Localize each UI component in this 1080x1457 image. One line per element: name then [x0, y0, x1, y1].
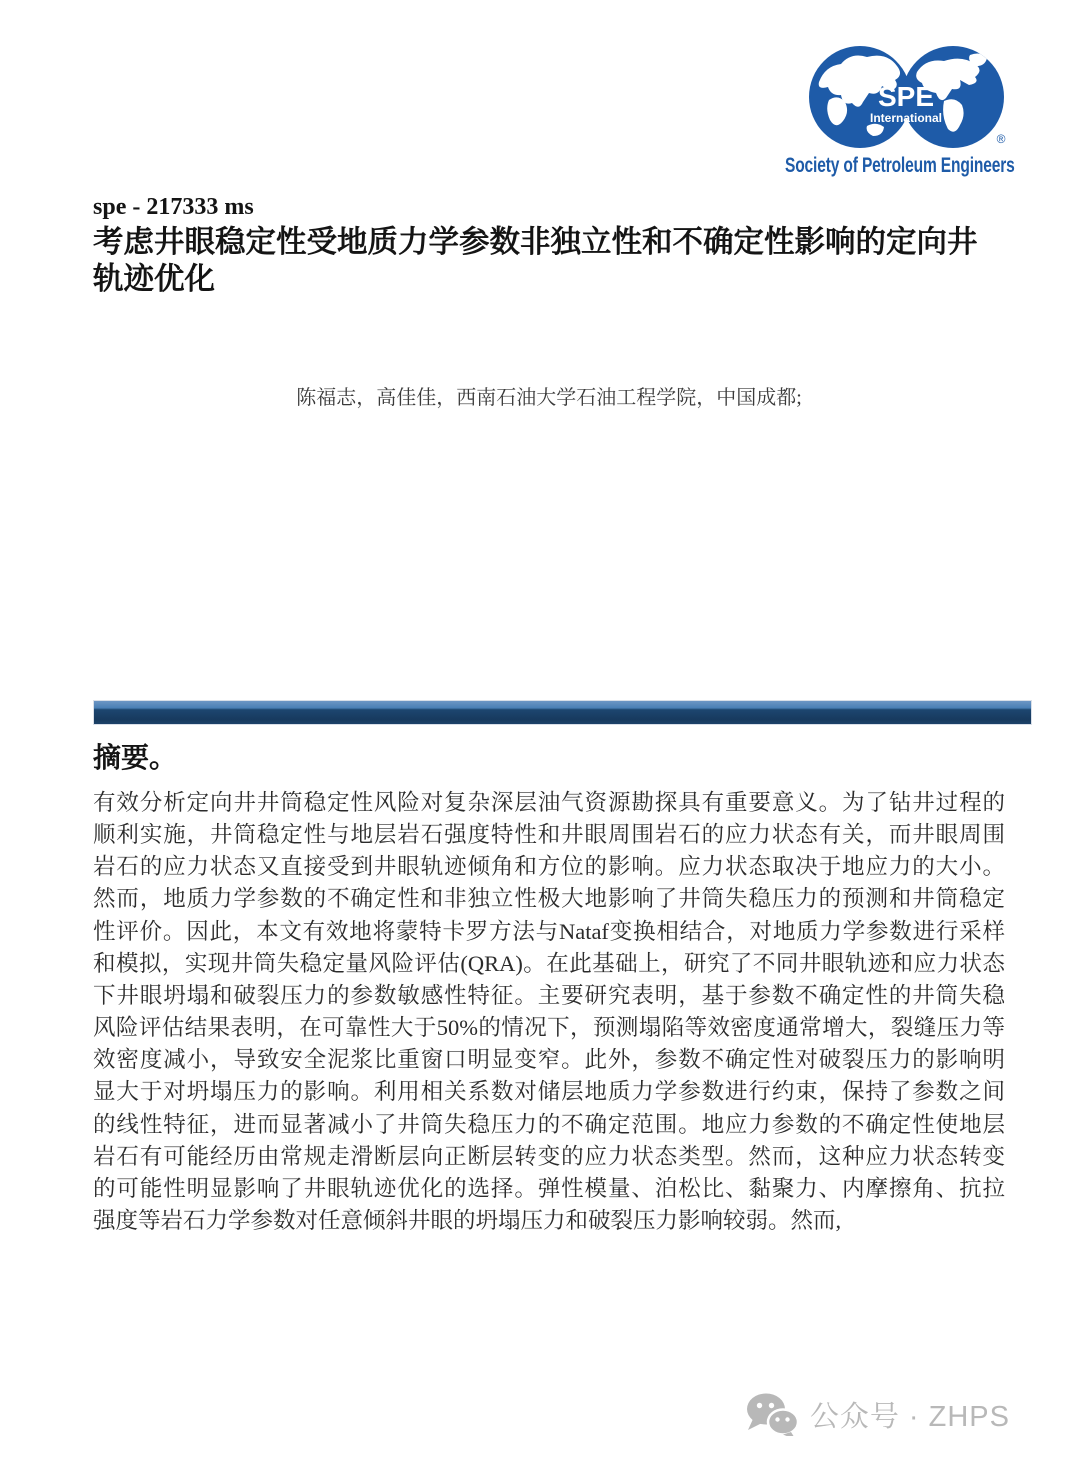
wechat-icon	[745, 1392, 801, 1436]
spe-subtitle: International	[870, 111, 942, 125]
abstract-line: 强度等岩石力学参数对任意倾斜井眼的坍塌压力和破裂压力影响较弱。然而,	[93, 1205, 1005, 1237]
abstract-line: 岩石的应力状态又直接受到井眼轨迹倾角和方位的影响。应力状态取决于地应力的大小。	[93, 851, 1005, 883]
watermark-label: 公众号 · ZHPS	[810, 1394, 1010, 1435]
abstract-line: 的可能性明显影响了井眼轨迹优化的选择。弹性模量、泊松比、黏聚力、内摩擦角、抗拉	[93, 1173, 1005, 1205]
authors-line: 陈福志，高佳佳，西南石油大学石油工程学院，中国成都;	[93, 381, 1060, 410]
abstract-heading: 摘要。	[93, 736, 177, 776]
abstract-line: 有效分析定向井井筒稳定性风险对复杂深层油气资源勘探具有重要意义。为了钻井过程的	[93, 787, 1005, 819]
spe-globes-icon: SPE International ®	[805, 42, 1010, 154]
abstract-line: 岩石有可能经历由常规走滑断层向正断层转变的应力状态类型。然而，这种应力状态转变	[93, 1141, 1005, 1173]
abstract-line: 的线性特征，进而显著减小了井筒失稳压力的不确定范围。地应力参数的不确定性使地层	[93, 1109, 1005, 1141]
paper-title: 考虑井眼稳定性受地质力学参数非独立性和不确定性影响的定向井 轨迹优化	[93, 224, 1008, 298]
paper-title-line2: 轨迹优化	[93, 262, 215, 296]
section-divider-bar	[93, 700, 1032, 725]
abstract-line: 显大于对坍塌压力的影响。利用相关系数对储层地质力学参数进行约束，保持了参数之间	[93, 1076, 1005, 1108]
spe-acronym: SPE	[878, 81, 934, 112]
abstract-line: 下井眼坍塌和破裂压力的参数敏感性特征。主要研究表明，基于参数不确定性的井筒失稳	[93, 980, 1005, 1012]
abstract-line: 和模拟，实现井筒失稳定量风险评估(QRA)。在此基础上，研究了不同井眼轨迹和应力…	[93, 948, 1005, 980]
abstract-line: 顺利实施，井筒稳定性与地层岩石强度特性和井眼周围岩石的应力状态有关，而井眼周围	[93, 819, 1005, 851]
abstract-text: 有效分析定向井井筒稳定性风险对复杂深层油气资源勘探具有重要意义。为了钻井过程的顺…	[93, 787, 1005, 1237]
registered-mark: ®	[997, 132, 1006, 146]
abstract-line: 风险评估结果表明，在可靠性大于50%的情况下，预测塌陷等效密度通常增大，裂缝压力…	[93, 1012, 1005, 1044]
paper-page: SPE International ® Society of Petroleum…	[0, 0, 1080, 1457]
watermark: 公众号 · ZHPS	[745, 1392, 1010, 1436]
paper-title-line1: 考虑井眼稳定性受地质力学参数非独立性和不确定性影响的定向井	[93, 225, 978, 259]
abstract-line: 然而，地质力学参数的不确定性和非独立性极大地影响了井筒失稳压力的预测和井筒稳定	[93, 883, 1005, 915]
society-name: Society of Petroleum Engineers	[785, 154, 1032, 178]
spe-logo: SPE International ® Society of Petroleum…	[785, 42, 1035, 182]
paper-code: spe - 217333 ms	[93, 194, 254, 221]
abstract-line: 性评价。因此，本文有效地将蒙特卡罗方法与Nataf变换相结合，对地质力学参数进行…	[93, 916, 1005, 948]
abstract-line: 效密度减小，导致安全泥浆比重窗口明显变窄。此外，参数不确定性对破裂压力的影响明	[93, 1044, 1005, 1076]
